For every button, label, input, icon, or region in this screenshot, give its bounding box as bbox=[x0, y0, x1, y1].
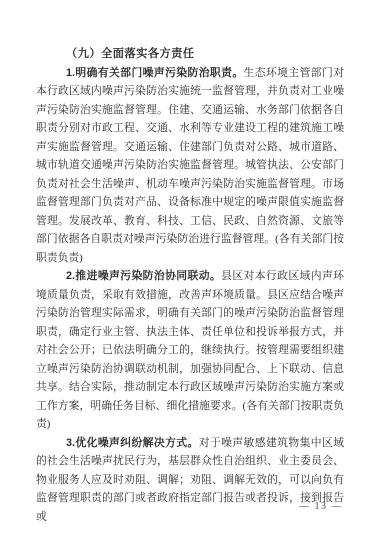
paragraph-3-lead: 3.优化噪声纠纷解决方式。 bbox=[66, 437, 199, 449]
section-heading: （九）全面落实各方责任 bbox=[36, 45, 344, 64]
paragraph-item-2: 2.推进噪声污染防治协同联动。县区对本行政区域内声环境质量负责，采取有效措施，改… bbox=[36, 267, 344, 434]
page-number: — 13 — bbox=[299, 501, 343, 512]
paragraph-item-3: 3.优化噪声纠纷解决方式。对于噪声敏感建筑物集中区域的社会生活噪声扰民行为，基层… bbox=[36, 434, 344, 527]
paragraph-2-lead: 2.推进噪声污染防治协同联动。 bbox=[66, 270, 221, 282]
document-page: （九）全面落实各方责任 1.明确有关部门噪声污染防治职责。生态环境主管部门对本行… bbox=[0, 0, 390, 551]
paragraph-item-1: 1.明确有关部门噪声污染防治职责。生态环境主管部门对本行政区域内噪声污染防治实施… bbox=[36, 64, 344, 268]
paragraph-1-body: 生态环境主管部门对本行政区域内噪声污染防治实施统一监督管理，并负责对工业噪声污染… bbox=[36, 67, 344, 264]
paragraph-1-lead: 1.明确有关部门噪声污染防治职责。 bbox=[66, 67, 244, 79]
paragraph-3-body: 对于噪声敏感建筑物集中区域的社会生活噪声扰民行为，基层群众性自治组织、业主委员会… bbox=[36, 437, 344, 523]
document-body: （九）全面落实各方责任 1.明确有关部门噪声污染防治职责。生态环境主管部门对本行… bbox=[36, 45, 344, 526]
paragraph-2-body: 县区对本行政区域内声环境质量负责，采取有效措施，改善声环境质量。县区应结合噪声污… bbox=[36, 270, 344, 430]
